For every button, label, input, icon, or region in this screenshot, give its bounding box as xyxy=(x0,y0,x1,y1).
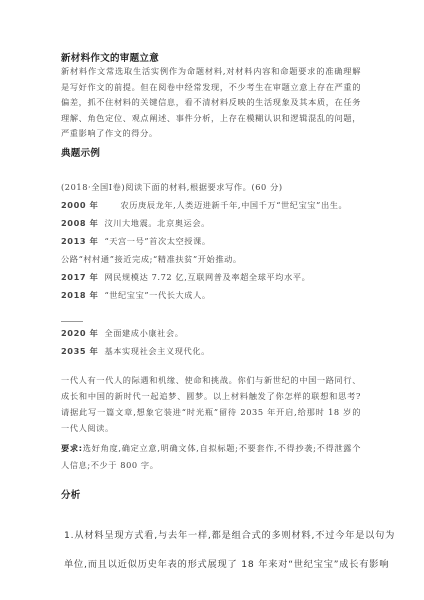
section-title-essay-topic: 新材料作文的审题立意 xyxy=(61,50,159,64)
timeline-row: 公路“村村通”接近完成;“精准扶贫”开始推动。 xyxy=(61,254,242,265)
timeline-year: 2035 年 xyxy=(61,346,98,356)
analysis-line-1: 1.从材料呈现方式看,与去年一样,都是组合式的多则材料,不过今年是以句为 xyxy=(64,527,364,541)
timeline-event: 汶川大地震。北京奥运会。 xyxy=(104,218,209,228)
timeline-event: 基本实现社会主义现代化。 xyxy=(104,346,209,356)
timeline-year: 2018 年 xyxy=(61,290,98,300)
exam-intro: (2018·全国Ⅰ卷)阅读下面的材料,根据要求写作。(60 分) xyxy=(61,182,283,193)
timeline-event: “天宫一号”首次太空授课。 xyxy=(104,236,210,246)
timeline-row: 2018 年“世纪宝宝”一代长大成人。 xyxy=(61,290,211,301)
timeline-row: 2008 年汶川大地震。北京奥运会。 xyxy=(61,218,210,229)
timeline-event: 网民规模达 7.72 亿,互联网普及率超全球平均水平。 xyxy=(104,272,310,282)
timeline-event: 公路“村村通”接近完成;“精准扶贫”开始推动。 xyxy=(61,254,242,264)
timeline-year: 2017 年 xyxy=(61,272,98,282)
timeline-row: 2013 年“天宫一号”首次太空授课。 xyxy=(61,236,211,247)
timeline-year: 2020 年 xyxy=(61,328,98,338)
timeline-row: 2000 年农历庚辰龙年,人类迈进新千年,中国千万“世纪宝宝”出生。 xyxy=(61,200,347,211)
timeline-year: 2013 年 xyxy=(61,236,98,246)
analysis-line-2: 单位,而且以近似历史年表的形式展现了 18 年来对“世纪宝宝”成长有影响 xyxy=(64,556,364,570)
writing-prompt: 一代人有一代人的际遇和机缘、使命和挑战。你们与新世纪的中国一路同行、成长和中国的… xyxy=(61,372,361,436)
timeline-row: 2035 年基本实现社会主义现代化。 xyxy=(61,346,210,357)
timeline-row: 2020 年全面建成小康社会。 xyxy=(61,328,184,339)
timeline-row: 2017 年网民规模达 7.72 亿,互联网普及率超全球平均水平。 xyxy=(61,272,310,283)
timeline-year: 2008 年 xyxy=(61,218,98,228)
ellipsis-separator xyxy=(61,321,83,322)
requirements: 要求:选好角度,确定立意,明确文体,自拟标题;不要套作,不得抄袭;不得泄露个人信… xyxy=(61,440,361,474)
timeline-year: 2000 年 xyxy=(61,200,98,210)
timeline-event: 农历庚辰龙年,人类迈进新千年,中国千万“世纪宝宝”出生。 xyxy=(120,200,347,210)
document-page: 新材料作文的审题立意 新材料作文常选取生活实例作为命题材料,对材料内容和命题要求… xyxy=(0,0,424,600)
timeline-event: “世纪宝宝”一代长大成人。 xyxy=(104,290,210,300)
section-title-analysis: 分析 xyxy=(61,487,81,501)
section-title-example: 典题示例 xyxy=(61,145,100,159)
requirements-text: 选好角度,确定立意,明确文体,自拟标题;不要套作,不得抄袭;不得泄露个人信息;不… xyxy=(61,443,361,470)
requirements-label: 要求: xyxy=(61,443,83,453)
timeline-event: 全面建成小康社会。 xyxy=(104,328,183,338)
intro-paragraph: 新材料作文常选取生活实例作为命题材料,对材料内容和命题要求的准确理解是写好作文的… xyxy=(61,64,361,142)
